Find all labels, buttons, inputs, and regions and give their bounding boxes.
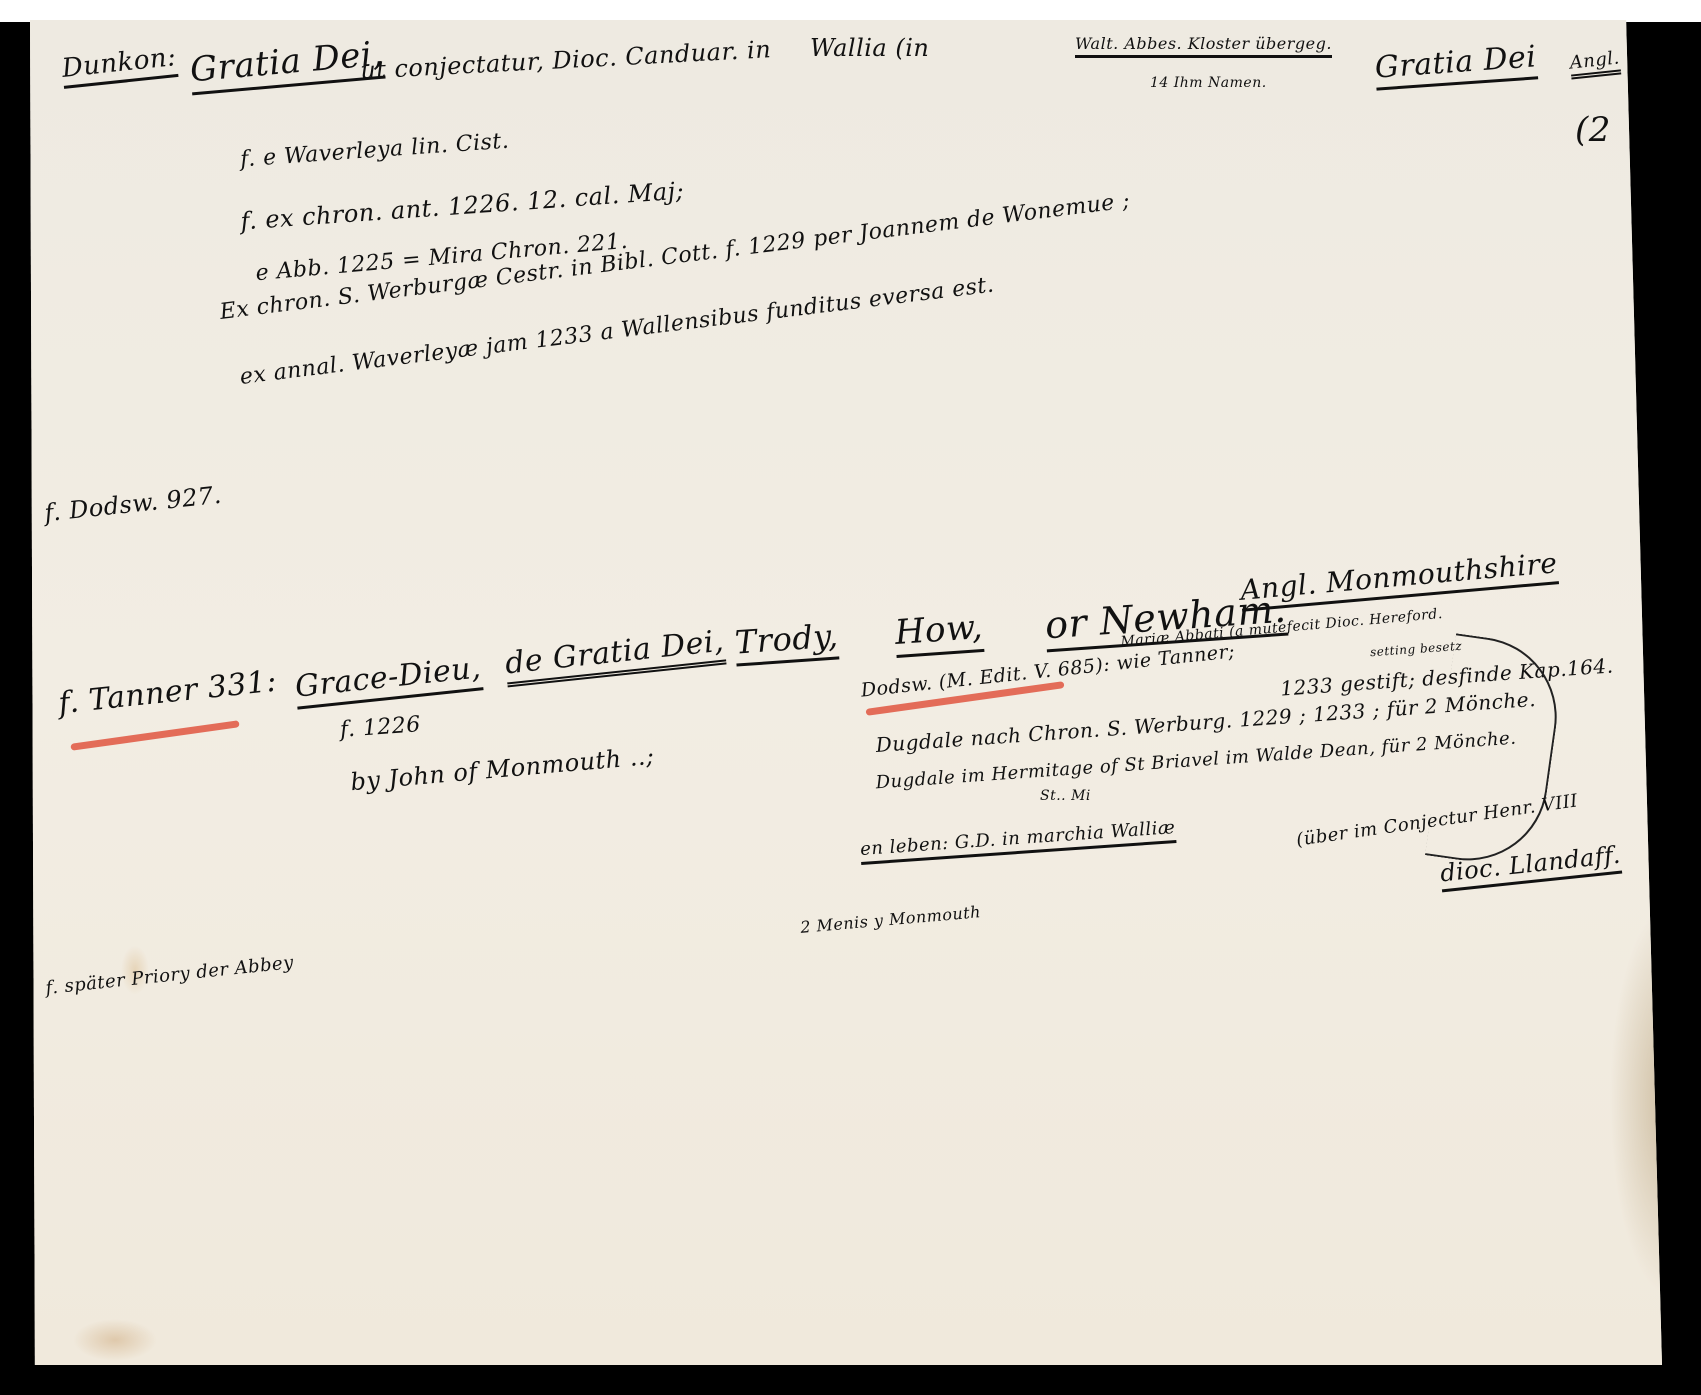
right-note-marchia: en leben: G.D. in marchia Walliæ (859, 817, 1176, 865)
name-gratia-dei: de Gratia Dei, (503, 624, 726, 688)
bottom-left-note: f. später Priory der Abbey (45, 952, 295, 999)
note-line-1: f. e Waverleya lin. Cist. (239, 129, 510, 173)
header-title: Gratia Dei, (188, 34, 385, 96)
corner-abbr: Angl. (1569, 47, 1622, 79)
name-trody: Trody, (734, 616, 840, 666)
header-text: ut conjectatur, Dioc. Canduar. in (360, 35, 772, 84)
name-grace-dieu: Grace-Dieu, (293, 650, 483, 709)
tanner-ref: f. Tanner 331: (57, 664, 279, 722)
manuscript-page: Dunkon: Gratia Dei, ut conjectatur, Dioc… (30, 20, 1662, 1365)
location-monmouthshire: Angl. Monmouthshire (1239, 546, 1559, 612)
ref-dodsworth: f. Dodsw. 927. (43, 481, 223, 527)
page-number: (2 (1575, 110, 1611, 150)
founder: by John of Monmouth ..; (349, 742, 655, 796)
note-line-2: f. ex chron. ant. 1226. 12. cal. Maj; (240, 177, 685, 236)
name-how: How, (894, 607, 985, 658)
scan-top-margin (0, 0, 1701, 22)
header-subnote: 14 Ihm Namen. (1150, 75, 1267, 91)
right-note-st: St.. Mi (1040, 788, 1091, 804)
header-lead: Dunkon: (60, 42, 178, 89)
red-underline-tanner (70, 720, 239, 751)
right-note-setting: setting besetz (1370, 639, 1463, 659)
middle-note: 2 Menis y Monmouth (800, 902, 982, 937)
corner-title: Gratia Dei (1374, 39, 1538, 90)
header-note: Walt. Abbes. Kloster übergeg. (1075, 34, 1332, 58)
header-wallia: Wallia (in (810, 34, 929, 62)
founded-date: f. 1226 (339, 712, 421, 743)
